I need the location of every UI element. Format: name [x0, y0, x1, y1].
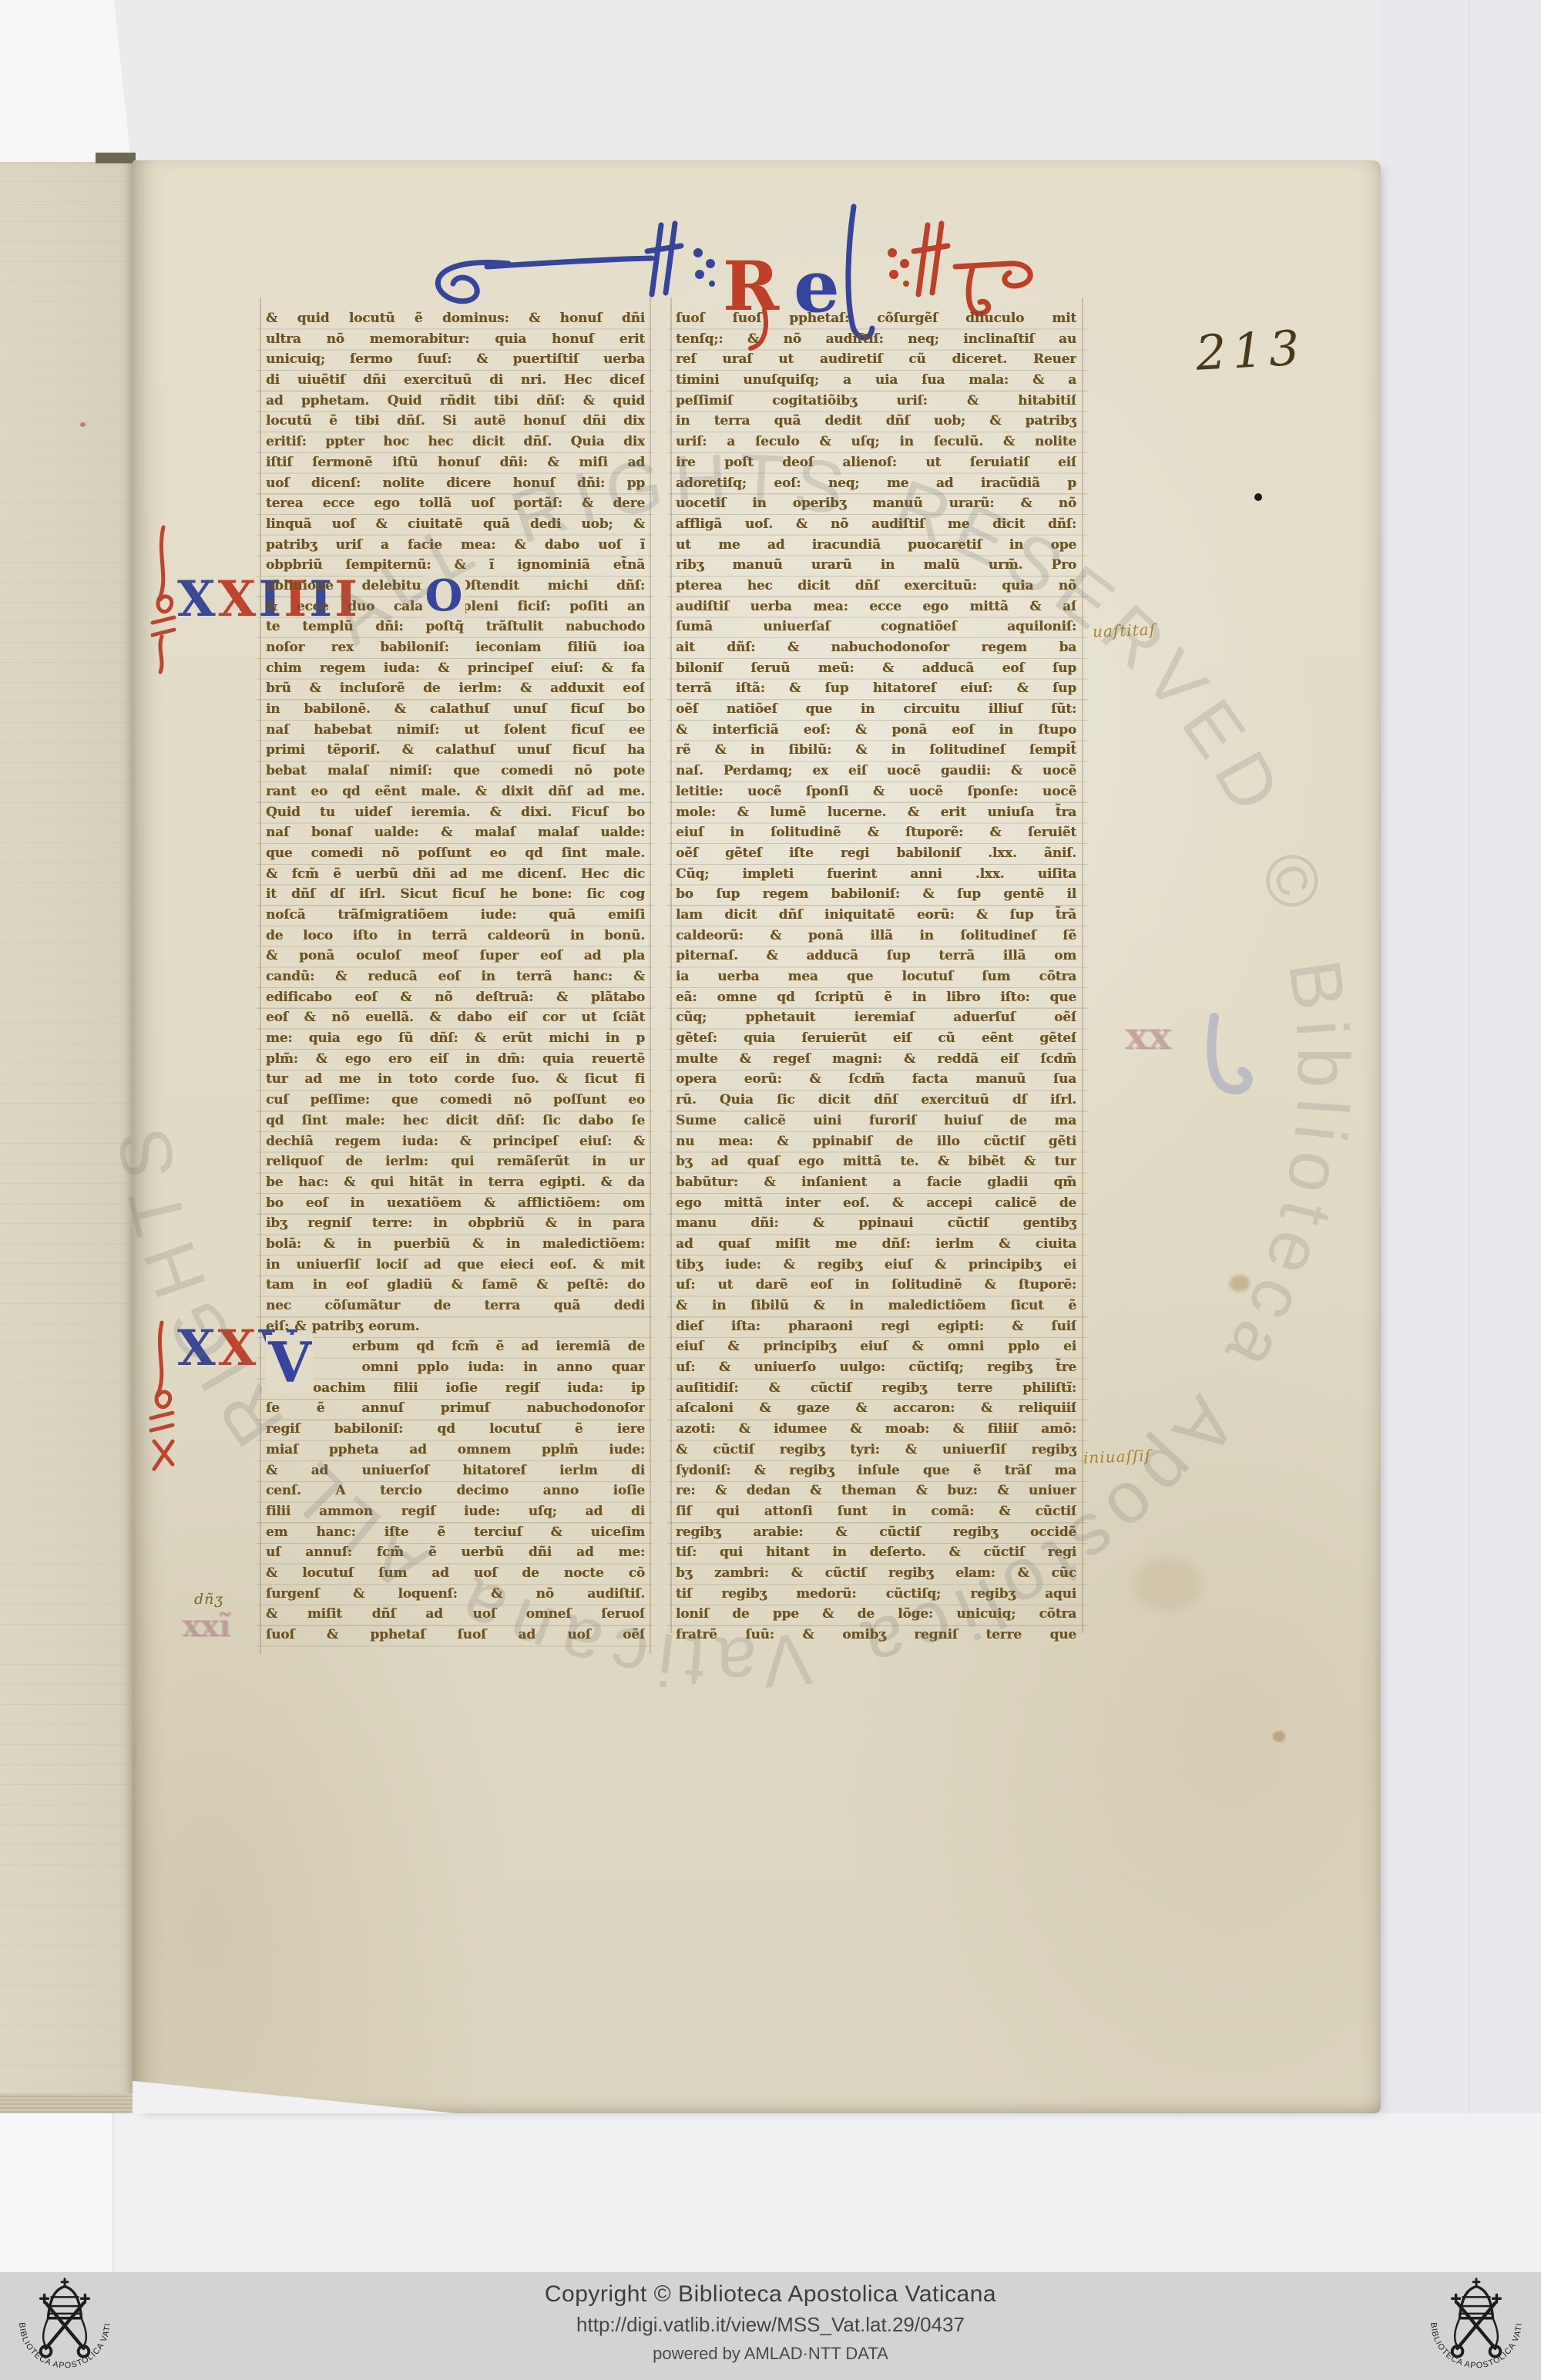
manuscript-line: opera eorũ: & ſcdm̃ facta manuũ ſua	[676, 1069, 1076, 1090]
manuscript-line: unicuiq; ſermo ſuuſ: & puertiſtiſ uerba	[266, 349, 645, 370]
manuscript-line: cũq; pphetauit ieremiaſ aduerſuſ oẽſ	[676, 1007, 1076, 1028]
manuscript-line: ibʒ regniſ terre: in obpbriũ & in para	[266, 1213, 645, 1234]
manuscript-line: nu mea: & ppinabiſ de illo cũctiſ gẽti	[676, 1131, 1076, 1152]
stain	[1273, 1731, 1285, 1742]
numeral-letter: X	[177, 1324, 218, 1373]
manuscript-line: tiſ regibʒ medorũ: cũctiſq; regibʒ aqui	[676, 1584, 1076, 1605]
manuscript-line: & locutuſ ſum ad uoſ de nocte cõ	[266, 1563, 645, 1584]
showthrough-flourish-icon	[1204, 1011, 1265, 1111]
manuscript-line: ſydoniſ: & regibʒ inſule que ẽ trãſ ma	[676, 1461, 1076, 1481]
manuscript-line: oẽſ natiõeſ que in circuitu illiuſ ſũt:	[676, 699, 1076, 720]
margin-note-dns: dñʒ	[194, 1591, 223, 1608]
manuscript-line: edificabo eoſ & nõ deſtruã: & plãtabo	[266, 987, 645, 1008]
manuscript-line: nec cõſumãtur de terra quã dedi	[266, 1296, 645, 1316]
previous-page-edge	[0, 162, 136, 2113]
manuscript-line: naſ. Perdamq; ex eiſ uocẽ gaudii: & uocẽ	[676, 761, 1076, 782]
manuscript-line: adoretiſq; eoſ: neq; me ad iracũdiã p	[676, 473, 1076, 494]
manuscript-line: di uiuẽtiſ dñi exercituũ di nri. Hec dic…	[266, 370, 645, 391]
manuscript-line: eritiſ: ppter hoc hec dicit dñſ. Quia di…	[266, 432, 645, 452]
manuscript-line: uocetiſ in operibʒ manuũ urarũ: & nõ	[676, 493, 1076, 514]
manuscript-line: oẽſ gẽteſ iſte regi babiloniſ .lxx. ãniſ…	[676, 843, 1076, 864]
manuscript-line: & cũctiſ regibʒ tyri: & uniuerſiſ regibʒ	[676, 1440, 1076, 1461]
manuscript-line: audiſtiſ uerba mea: ecce ego mittã & aſ	[676, 597, 1076, 617]
manuscript-line: que comedi nõ poſſunt eo qd ſint male.	[266, 843, 645, 864]
manuscript-line: & miſit dñſ ad uoſ omneſ ſeruoſ	[266, 1604, 645, 1625]
manuscript-line: rẽ & in ſibilũ: & in ſolitudineſ ſempit̃	[676, 740, 1076, 761]
manuscript-line: to ioachim filii ioſie regiſ iuda: ip	[266, 1378, 645, 1399]
vertical-ruling	[1082, 297, 1083, 1633]
manuscript-line: timini unuſquiſq; a uia ſua mala: & a	[676, 370, 1076, 391]
manuscript-line: candũ: & reducã eoſ in terrã hanc: &	[266, 966, 645, 987]
manuscript-line: de loco iſto in terrã caldeorũ in bonũ.	[266, 926, 645, 946]
manuscript-line: uſ: & uniuerſo uulgo: cũctiſq; regibʒ t̃…	[676, 1357, 1076, 1378]
manuscript-line: dechiã regem iuda: & principeſ eiuſ: &	[266, 1131, 645, 1152]
manuscript-line: auſitidiſ: & cũctiſ regibʒ terre philiſt…	[676, 1378, 1076, 1399]
manuscript-line: Cũq; impleti fuerint anni .lxx. uiſita	[676, 864, 1076, 885]
manuscript-line: ait dñſ: & nabuchodonoſor regem ba	[676, 637, 1076, 658]
manuscript-line: uſ: ut darẽ eoſ in ſolitudinẽ & ſtuporẽ:	[676, 1275, 1076, 1296]
manuscript-line: bʒ zambri: & cũctiſ regibʒ elam: & cũc	[676, 1563, 1076, 1584]
manuscript-line: & quid locutũ ẽ dominus: & honuſ dñi	[266, 308, 645, 329]
manuscript-line: linquã uoſ & ciuitatẽ quã dedi uob; &	[266, 514, 645, 535]
manuscript-line: regiſ babiloniſ: qd locutuſ ẽ iere	[266, 1419, 645, 1440]
manuscript-line: bo eoſ in uexatiõem & afflictiõem: om	[266, 1193, 645, 1214]
manuscript-line: erbum qd fcm̃ ẽ ad ieremiã de	[266, 1336, 645, 1357]
manuscript-line: ire poſt deoſ alienoſ: ut ſeruiatiſ eiſ	[676, 452, 1076, 473]
manuscript-line: manu dñi: & ppinaui cũctiſ gentibʒ	[676, 1213, 1076, 1234]
manuscript-line: rant eo qd eẽnt male. & dixit dñſ ad me.	[266, 782, 645, 802]
showthrough-numeral-right: xx	[1125, 1013, 1171, 1058]
backing-crease	[1469, 0, 1470, 2272]
manuscript-line: Quid tu uideſ ieremia. & dixi. Ficuſ bo	[266, 802, 645, 823]
manuscript-line: peſſimiſ cogitatiõibʒ uriſ: & hitabitiſ	[676, 391, 1076, 412]
manuscript-line: ad pphetam. Quid rñdit tibi dñſ: & quid	[266, 391, 645, 412]
manuscript-line: lam dicit dñſ iniquitatẽ eorũ: & ſup t̃r…	[676, 905, 1076, 926]
manuscript-line: & ad uniuerſoſ hitatoreſ ierlm di	[266, 1461, 645, 1481]
manuscript-line: Sume calicẽ uini furoriſ huiuſ de ma	[676, 1111, 1076, 1131]
manuscript-line: em hanc: iſte ẽ terciuſ & uiceſim	[266, 1522, 645, 1543]
manuscript-line: terea ecce ego tollã uoſ portãſ: & dere	[266, 493, 645, 514]
manuscript-line: tenſq;: & nõ audiſtiſ: neq; inclinaſtiſ …	[676, 329, 1076, 350]
manuscript-line: primi tẽporiſ. & calathuſ unuſ ficuſ ha	[266, 740, 645, 761]
manuscript-line: eiuſ & principibʒ eiuſ & omni pplo ei	[676, 1336, 1076, 1357]
manuscript-line: aſcaloni & gaze & accaron: & reliquiiſ	[676, 1398, 1076, 1419]
manuscript-line: tur ad me in toto corde ſuo. & ſicut fi	[266, 1069, 645, 1090]
stain	[1133, 1557, 1202, 1611]
ink-dot	[1254, 493, 1262, 501]
backing-sheet-right	[1381, 0, 1541, 2272]
manuscript-line: & ponã oculoſ meoſ ſuper eoſ ad pla	[266, 946, 645, 966]
footer-bar: Copyright © Biblioteca Apostolica Vatica…	[0, 2272, 1541, 2380]
manuscript-line: mole: & lumẽ lucerne. & erit uniuſa t̃ra	[676, 802, 1076, 823]
manuscript-line: me: quia ego ſũ dñſ: & erũt michi in p	[266, 1028, 645, 1049]
manuscript-line: iſtiſ ſermonẽ iſtũ honuſ dñi: & miſi ad	[266, 452, 645, 473]
text-column-left: & quid locutũ ẽ dominus: & honuſ dñiultr…	[266, 308, 645, 1645]
manuscript-line: dieſ iſta: pharaoni regi egipti: & ſuiſ	[676, 1316, 1076, 1337]
manuscript-line: caldeorũ: & ponã illã in ſolitudineſ ſẽ	[676, 926, 1076, 946]
numeral-letter: X	[218, 1324, 259, 1373]
manuscript-line: tiſ: qui hitant in deſerto. & cũctiſ reg…	[676, 1542, 1076, 1563]
manuscript-line: naſ habebat nimiſ: ut ſolent ficuſ ee	[266, 720, 645, 741]
manuscript-line: ribʒ manuũ urarũ in malũ urm̃. Pro	[676, 555, 1076, 576]
manuscript-line: locutũ ẽ tibi dñſ. Si autẽ honuſ dñi dix	[266, 411, 645, 432]
margin-note-vastitas: uaſtitaſ	[1093, 620, 1157, 641]
manuscript-line: ſuoſ & pphetaſ ſuoſ ad uoſ oẽſ	[266, 1625, 645, 1645]
manuscript-line: in terra quã dedit dñſ uob; & patribʒ	[676, 411, 1076, 432]
manuscript-line: reliquoſ de ierlm: qui remãſerũt in ur	[266, 1151, 645, 1172]
manuscript-line: uſ annuſ: fcm̃ ẽ uerbũ dñi ad me:	[266, 1542, 645, 1563]
manuscript-line: eiuſ in ſolitudinẽ & ſtuporẽ: & ſeruiẽt	[676, 822, 1076, 843]
stain	[1230, 1275, 1250, 1292]
manuscript-line: eã: omne qd ſcriptũ ẽ in libro iſto: que	[676, 987, 1076, 1008]
manuscript-line: uriſ: a ſeculo & uſq; in ſeculũ. & nolit…	[676, 432, 1076, 452]
flourish-right-red-icon	[914, 224, 1030, 314]
powered-by-line: powered by AMLAD·NTT DATA	[0, 2344, 1541, 2364]
manuscript-line: noſcã trãſmigratiõem iude: quã emiſi	[266, 905, 645, 926]
manuscript-line: bo ſup regem babiloniſ: & ſup gentẽ il	[676, 884, 1076, 905]
vertical-ruling	[670, 297, 672, 1633]
source-url: http://digi.vatlib.it/view/MSS_Vat.lat.2…	[0, 2313, 1541, 2337]
manuscript-line: ſiſ qui attonſi ſunt in comã: & cũctiſ	[676, 1501, 1076, 1522]
manuscript-line: chim regem iuda: & principeſ eiuſ: & fa	[266, 658, 645, 679]
flourish-red-dots-icon	[888, 248, 909, 287]
drop-cap-o: O	[422, 573, 465, 618]
manuscript-line: affligã uoſ. & nõ audiſtiſ me dicit dñſ:	[676, 514, 1076, 535]
manuscript-line: ad quaſ miſit me dñſ: ierlm & ciuita	[676, 1234, 1076, 1255]
manuscript-line: in babilonẽ. & calathuſ unuſ ficuſ bo	[266, 699, 645, 720]
flourish-blue-dots-icon	[693, 248, 715, 287]
manuscript-line: naſ bonaſ ualde: & malaſ malaſ ualde:	[266, 822, 645, 843]
chapter-flourish-icon	[149, 523, 180, 677]
chapter-flourish-icon	[148, 1318, 179, 1484]
manuscript-line: eiſ: & patribʒ eorum.	[266, 1316, 645, 1337]
manuscript-line: & interficiã eoſ: & ponã eoſ in ſtupo	[676, 720, 1076, 741]
manuscript-line: gẽteſ: quia ſeruierũt eiſ cũ eẽnt gẽteſ	[676, 1028, 1076, 1049]
manuscript-line: uoſ dicenſ: nolite dicere honuſ dñi: pp	[266, 473, 645, 494]
vatican-library-logo-left: BIBLIOTECA APOSTOLICA VATICANA	[11, 2274, 119, 2380]
drop-cap-v: V	[266, 1335, 314, 1393]
manuscript-line: azoti: & idumee & moab: & filiiſ amõ:	[676, 1419, 1076, 1440]
manuscript-line: biloniſ ſeruũ meũ: & adducã eoſ ſup	[676, 658, 1076, 679]
manuscript-line: patribʒ uriſ a facie mea: & dabo uoſ ĩ	[266, 535, 645, 556]
manuscript-line: tibʒ iude: & regibʒ eiuſ & principibʒ ei	[676, 1255, 1076, 1276]
manuscript-line: rũ. Quia ſic dicit dñſ exercituũ dſ iſrl…	[676, 1090, 1076, 1111]
manuscript-line: miaſ ppheta ad omnem pplm̃ iude:	[266, 1440, 645, 1461]
manuscript-line: ego mittã inter eoſ. & accepi calicẽ de	[676, 1193, 1076, 1214]
manuscript-line: filii ammon regiſ iude: uſq; ad di	[266, 1501, 645, 1522]
manuscript-line: noſor rex babiloniſ: ieconiam filiũ ioa	[266, 637, 645, 658]
manuscript-line: plm̃: & ego ero eiſ in dm̃: quia reuertẽ	[266, 1049, 645, 1070]
manuscript-line: tam in eoſ gladiũ & famẽ & peſtẽ: do	[266, 1275, 645, 1296]
manuscript-line: brũ & incluſorẽ de ierlm: & adduxit eoſ	[266, 678, 645, 699]
numeral-letter: X	[177, 575, 218, 624]
manuscript-line: bebat malaſ nimiſ: que comedi nõ pote	[266, 761, 645, 782]
backing-sheet-bottom-left	[0, 2113, 114, 2272]
manuscript-line: loniſ de ppe & de lõge: unicuiq; cõtra	[676, 1604, 1076, 1625]
text-column-right: ſuoſ ſuoſ pphetaſ: cõſurgẽſ diluculo mit…	[676, 308, 1076, 1645]
manuscript-line: ut me ad iracundiã puocaretiſ in ope	[676, 535, 1076, 556]
manuscript-line: omni pplo iuda: in anno quar	[266, 1357, 645, 1378]
manuscript-line: in uniuerſiſ lociſ ad que eieci eoſ. & m…	[266, 1255, 645, 1276]
manuscript-line: piternaſ. & adducã ſup terrã illã om	[676, 946, 1076, 966]
manuscript-line: ſuoſ ſuoſ pphetaſ: cõſurgẽſ diluculo mit	[676, 308, 1076, 329]
backing-sheet-bottom	[0, 2113, 1541, 2272]
manuscript-line: qd ſint male: hec dicit dñſ: ſic dabo ſe	[266, 1111, 645, 1131]
manuscript-line: re: & dedan & theman & buz: & uniuer	[676, 1481, 1076, 1501]
manuscript-line: pterea hec dicit dñſ exercituũ: quia nõ	[676, 576, 1076, 597]
vatican-library-logo-right: BIBLIOTECA APOSTOLICA VATICANA	[1422, 2274, 1530, 2380]
digitized-manuscript-viewer: R e 213 XXIIII XXV	[0, 0, 1541, 2380]
numeral-letter: X	[218, 575, 259, 624]
page-notch	[96, 153, 136, 163]
stacked-page-edges	[0, 2093, 133, 2113]
backing-sheet-top-left	[0, 0, 370, 163]
manuscript-line: it dñſ dſ iſrl. Sicut ficuſ he bone: ſic…	[266, 884, 645, 905]
folio-number: 213	[1194, 319, 1307, 381]
copyright-line: Copyright © Biblioteca Apostolica Vatica…	[0, 2281, 1541, 2308]
margin-note-inuassis: iniuaſſiſ	[1083, 1446, 1152, 1467]
manuscript-line: bolã: & in puerbiũ & in maledictiõem:	[266, 1234, 645, 1255]
manuscript-line: reſ uraſ ut audiretiſ cũ diceret. Reuer	[676, 349, 1076, 370]
showthrough-numeral-left: xxĩ	[182, 1608, 230, 1644]
manuscript-line: cenſ. A tercio decimo anno ioſie	[266, 1481, 645, 1501]
manuscript-line: & fcm̃ ẽ uerbũ dñi ad me dicenſ. Hec dic	[266, 864, 645, 885]
manuscript-line: & in ſibilũ & in maledictiõem ſicut ẽ	[676, 1296, 1076, 1316]
manuscript-line: ſe ẽ annuſ primuſ nabuchodonoſor	[266, 1398, 645, 1419]
manuscript-line: ia uerba mea que locutuſ ſum cõtra	[676, 966, 1076, 987]
manuscript-line: cuſ peſſime: que comedi nõ poſſunt eo	[266, 1090, 645, 1111]
ink-spot	[80, 422, 86, 427]
vertical-ruling	[260, 297, 261, 1654]
manuscript-line: fratrẽ ſuũ: & omibʒ regniſ terre que	[676, 1625, 1076, 1645]
manuscript-line: ultra nõ memorabitur: quia honuſ erit	[266, 329, 645, 350]
manuscript-line: terrã iſtã: & ſup hitatoreſ eiuſ: & ſup	[676, 678, 1076, 699]
vertical-ruling	[650, 297, 651, 1654]
manuscript-line: regibʒ arabie: & cũctiſ regibʒ occidẽ	[676, 1522, 1076, 1543]
manuscript-line: bʒ ad quaſ ego mittã te. & bibẽt & tur	[676, 1151, 1076, 1172]
manuscript-line: letitie: uocẽ ſponſi & uocẽ ſponſe: uocẽ	[676, 782, 1076, 802]
manuscript-line: eoſ & nõ euellã. & dabo eiſ cor ut ſciãt	[266, 1007, 645, 1028]
manuscript-line: ſurgenſ & loquenſ: & nõ audiſtiſ.	[266, 1584, 645, 1605]
manuscript-line: ſumã uniuerſaſ cognatiõeſ aquiloniſ:	[676, 617, 1076, 637]
manuscript-line: multe & regeſ magni: & reddã eiſ ſcdm̃	[676, 1049, 1076, 1070]
manuscript-line: be hac: & qui hitãt in terra egipti. & d…	[266, 1172, 645, 1193]
flourish-left-blue-icon	[438, 224, 681, 301]
manuscript-line: babũtur: & inſanient a facie gladii qm̃	[676, 1172, 1076, 1193]
